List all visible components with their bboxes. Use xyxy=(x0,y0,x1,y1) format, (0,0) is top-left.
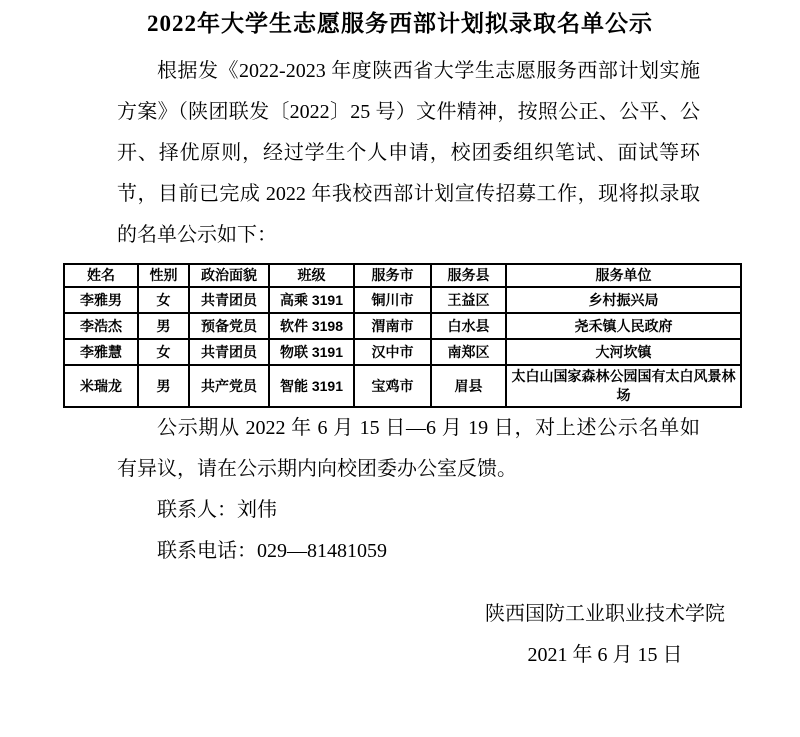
cell-class: 智能 3191 xyxy=(269,365,354,407)
document-page: 2022年大学生志愿服务西部计划拟录取名单公示 根据发《2022-2023 年度… xyxy=(0,0,800,737)
cell-service-county: 南郑区 xyxy=(431,339,506,365)
col-header-service-county: 服务县 xyxy=(431,264,506,287)
cell-gender: 男 xyxy=(138,365,189,407)
col-header-political-status: 政治面貌 xyxy=(189,264,269,287)
cell-political-status: 共青团员 xyxy=(189,339,269,365)
cell-name: 李浩杰 xyxy=(64,313,138,339)
cell-service-city: 铜川市 xyxy=(354,287,431,313)
cell-class: 软件 3198 xyxy=(269,313,354,339)
table-row: 李雅男 女 共青团员 高乘 3191 铜川市 王益区 乡村振兴局 xyxy=(64,287,741,313)
signature-block: 陕西国防工业职业技术学院 2021 年 6 月 15 日 xyxy=(445,594,765,676)
cell-service-unit: 太白山国家森林公园国有太白风景林场 xyxy=(506,365,741,407)
signature-date: 2021 年 6 月 15 日 xyxy=(445,635,765,676)
cell-name: 米瑞龙 xyxy=(64,365,138,407)
cell-name: 李雅慧 xyxy=(64,339,138,365)
admission-list-table: 姓名 性别 政治面貌 班级 服务市 服务县 服务单位 李雅男 女 共青团员 高乘… xyxy=(63,263,742,408)
col-header-gender: 性别 xyxy=(138,264,189,287)
table-row: 李雅慧 女 共青团员 物联 3191 汉中市 南郑区 大河坎镇 xyxy=(64,339,741,365)
col-header-name: 姓名 xyxy=(64,264,138,287)
cell-service-county: 王益区 xyxy=(431,287,506,313)
cell-service-unit: 尧禾镇人民政府 xyxy=(506,313,741,339)
cell-service-unit: 乡村振兴局 xyxy=(506,287,741,313)
cell-service-city: 汉中市 xyxy=(354,339,431,365)
cell-class: 物联 3191 xyxy=(269,339,354,365)
cell-service-unit: 大河坎镇 xyxy=(506,339,741,365)
signature-org: 陕西国防工业职业技术学院 xyxy=(445,594,765,635)
cell-service-county: 眉县 xyxy=(431,365,506,407)
cell-gender: 女 xyxy=(138,287,189,313)
table-row: 李浩杰 男 预备党员 软件 3198 渭南市 白水县 尧禾镇人民政府 xyxy=(64,313,741,339)
col-header-service-unit: 服务单位 xyxy=(506,264,741,287)
cell-gender: 女 xyxy=(138,339,189,365)
contact-phone-line: 联系电话：029—81481059 xyxy=(117,531,700,572)
cell-service-city: 宝鸡市 xyxy=(354,365,431,407)
col-header-service-city: 服务市 xyxy=(354,264,431,287)
document-title: 2022年大学生志愿服务西部计划拟录取名单公示 xyxy=(0,0,800,40)
contact-person-line: 联系人：刘伟 xyxy=(117,490,700,531)
table-row: 米瑞龙 男 共产党员 智能 3191 宝鸡市 眉县 太白山国家森林公园国有太白风… xyxy=(64,365,741,407)
cell-service-county: 白水县 xyxy=(431,313,506,339)
table-header-row: 姓名 性别 政治面貌 班级 服务市 服务县 服务单位 xyxy=(64,264,741,287)
col-header-class: 班级 xyxy=(269,264,354,287)
cell-political-status: 共产党员 xyxy=(189,365,269,407)
cell-service-city: 渭南市 xyxy=(354,313,431,339)
notice-paragraph: 公示期从 2022 年 6 月 15 日—6 月 19 日，对上述公示名单如有异… xyxy=(117,408,700,490)
cell-political-status: 共青团员 xyxy=(189,287,269,313)
cell-name: 李雅男 xyxy=(64,287,138,313)
intro-paragraph: 根据发《2022-2023 年度陕西省大学生志愿服务西部计划实施方案》（陕团联发… xyxy=(117,51,700,256)
cell-gender: 男 xyxy=(138,313,189,339)
cell-class: 高乘 3191 xyxy=(269,287,354,313)
cell-political-status: 预备党员 xyxy=(189,313,269,339)
